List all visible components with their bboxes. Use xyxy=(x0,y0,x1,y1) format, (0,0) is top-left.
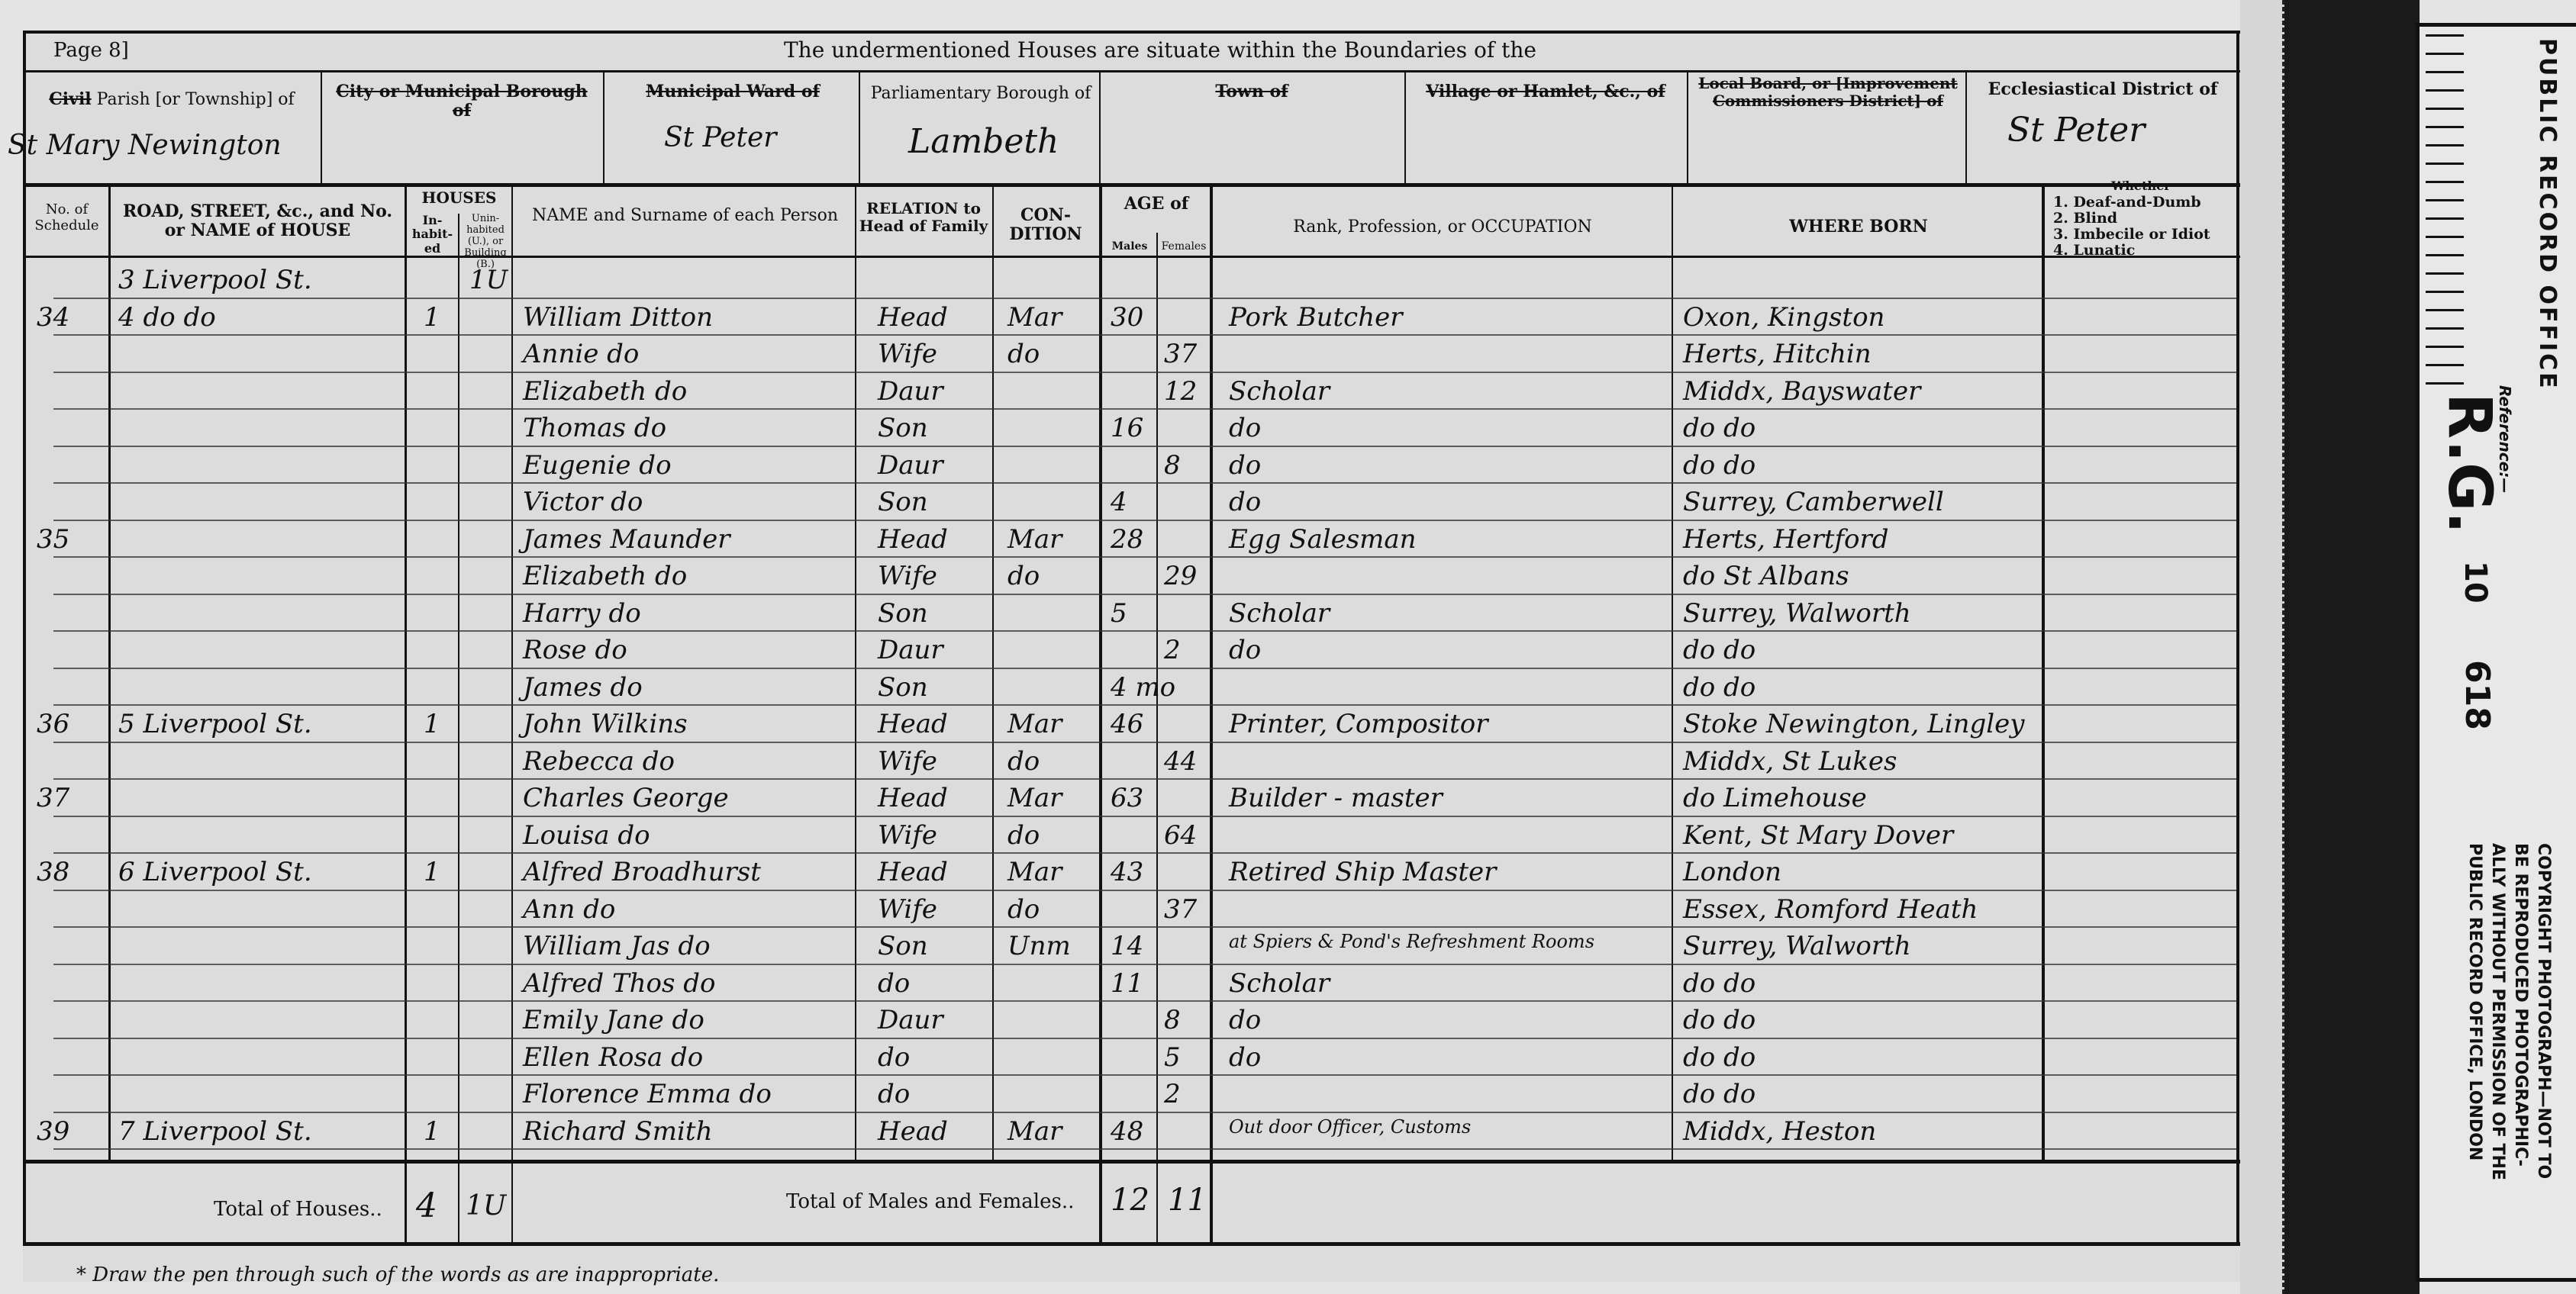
row-road: 6 Liverpool St. xyxy=(118,857,312,887)
row-relation: Wife xyxy=(878,746,937,777)
row-rule xyxy=(53,1000,2236,1002)
col-condition: CON-DITION xyxy=(996,206,1095,245)
stamp-series: R.G. xyxy=(2435,393,2503,534)
row-relation: do xyxy=(878,968,910,999)
row-name: Elizabeth do xyxy=(523,376,687,407)
col-schedule: No. of Schedule xyxy=(27,202,107,233)
row-where-born: do Limehouse xyxy=(1683,783,1867,813)
row-relation: Son xyxy=(878,931,928,961)
row-name: Alfred Broadhurst xyxy=(523,857,761,887)
row-inhabited: 1 xyxy=(424,857,440,887)
row-name: William Ditton xyxy=(523,302,713,333)
row-rule xyxy=(53,408,2236,410)
row-condition: do xyxy=(1008,561,1040,591)
row-name: Annie do xyxy=(523,339,639,369)
row-name: Louisa do xyxy=(523,820,650,851)
row-road: 4 do do xyxy=(118,302,216,333)
row-where-born: Surrey, Camberwell xyxy=(1683,487,1944,517)
row-rule xyxy=(53,890,2236,891)
scan-background xyxy=(2282,0,2420,1294)
row-where-born: Middx, St Lukes xyxy=(1683,746,1897,777)
row-name: Ellen Rosa do xyxy=(523,1042,703,1073)
row-condition: Mar xyxy=(1008,524,1062,555)
row-occupation: Pork Butcher xyxy=(1229,302,1403,333)
row-rule xyxy=(53,704,2236,706)
total-females: 11 xyxy=(1168,1183,1207,1218)
row-schedule: 35 xyxy=(37,524,69,555)
stamp-piece: 10 xyxy=(2458,561,2493,604)
row-inhabited: 1 xyxy=(424,1116,440,1147)
row-name: James do xyxy=(523,672,643,703)
row-age-male: 4 xyxy=(1111,487,1127,517)
header-banner: The undermentioned Houses are situate wi… xyxy=(740,38,1580,63)
row-rule xyxy=(53,778,2236,780)
col-females: Females xyxy=(1158,240,1210,253)
row-where-born: Oxon, Kingston xyxy=(1683,302,1884,333)
row-name: Elizabeth do xyxy=(523,561,687,591)
col-whether-title: Whether xyxy=(2046,179,2236,193)
col-occupation: Rank, Profession, or OCCUPATION xyxy=(1221,217,1664,237)
village-label: Village or Hamlet, &c., of xyxy=(1412,82,1679,101)
row-condition: do xyxy=(1008,746,1040,777)
row-condition: do xyxy=(1008,820,1040,851)
measure-ruler xyxy=(2426,34,2464,393)
row-schedule: 38 xyxy=(37,857,69,887)
row-where-born: Herts, Hertford xyxy=(1683,524,1889,555)
borough-label: City or Municipal Borough of xyxy=(328,82,595,121)
eccl-district-label: Ecclesiastical District of xyxy=(1973,80,2233,99)
row-rule xyxy=(53,1148,2236,1150)
row-age-female: 2 xyxy=(1164,1079,1181,1109)
row-schedule: 39 xyxy=(37,1116,69,1147)
row-relation: Head xyxy=(878,1116,948,1147)
row-age-male: 4 mo xyxy=(1111,672,1175,703)
row-relation: Daur xyxy=(878,450,943,481)
row-occupation: Scholar xyxy=(1229,376,1330,407)
row-occupation: do xyxy=(1229,635,1261,665)
row-schedule: 37 xyxy=(37,783,69,813)
row-condition: do xyxy=(1008,894,1040,925)
stamp-copyright-line: ALLY WITHOUT PERMISSION OF THE xyxy=(2488,843,2507,1180)
row-road: 7 Liverpool St. xyxy=(118,1116,312,1147)
row-where-born: Kent, St Mary Dover xyxy=(1683,820,1953,851)
row-condition: do xyxy=(1008,339,1040,369)
row-name: John Wilkins xyxy=(523,709,688,739)
row-relation: do xyxy=(878,1079,910,1109)
row-name: Richard Smith xyxy=(523,1116,712,1147)
row-rule xyxy=(53,298,2236,299)
page-number: Page 8] xyxy=(53,40,129,63)
row-relation: Daur xyxy=(878,376,943,407)
col-name: NAME and Surname of each Person xyxy=(519,206,851,225)
row-name: Alfred Thos do xyxy=(523,968,716,999)
row-where-born: do do xyxy=(1683,1079,1755,1109)
row-relation: Head xyxy=(878,302,948,333)
row-age-female: 5 xyxy=(1164,1042,1181,1073)
row-relation: Head xyxy=(878,524,948,555)
row-occupation: do xyxy=(1229,487,1261,517)
row-age-male: 16 xyxy=(1111,413,1143,443)
col-road: ROAD, STREET, &c., and No. or NAME of HO… xyxy=(114,202,401,241)
row-occupation: do xyxy=(1229,1042,1261,1073)
row-relation: Daur xyxy=(878,1005,943,1035)
row-relation: Son xyxy=(878,487,928,517)
row-relation: Head xyxy=(878,709,948,739)
row-occupation: Builder - master xyxy=(1229,783,1443,813)
col-where-born: WHERE BORN xyxy=(1679,217,2038,237)
row-where-born: Middx, Bayswater xyxy=(1683,376,1920,407)
row-where-born: do do xyxy=(1683,968,1755,999)
row-where-born: Herts, Hitchin xyxy=(1683,339,1872,369)
row-occupation: Retired Ship Master xyxy=(1229,857,1496,887)
col-whether-list: 1. Deaf-and-Dumb 2. Blind 3. Imbecile or… xyxy=(2053,195,2210,259)
parl-borough-value: Lambeth xyxy=(908,122,1059,161)
row-name: Emily Jane do xyxy=(523,1005,704,1035)
row-road: 5 Liverpool St. xyxy=(118,709,312,739)
row-rule xyxy=(53,964,2236,965)
row-inhabited: 1 xyxy=(424,302,440,333)
row-where-born: London xyxy=(1683,857,1781,887)
row-name: Victor do xyxy=(523,487,643,517)
row-age-female: 12 xyxy=(1164,376,1197,407)
row-age-female: 8 xyxy=(1164,1005,1181,1035)
footnote: * Draw the pen through such of the words… xyxy=(76,1263,719,1286)
row-rule xyxy=(53,852,2236,854)
stamp-office: PUBLIC RECORD OFFICE xyxy=(2534,38,2561,391)
census-page: Page 8] The undermentioned Houses are si… xyxy=(23,31,2240,1282)
row-rule xyxy=(53,1112,2236,1113)
row-relation: Head xyxy=(878,857,948,887)
row-name: Rebecca do xyxy=(523,746,675,777)
row-where-born: do do xyxy=(1683,635,1755,665)
row-occupation: do xyxy=(1229,450,1261,481)
row-name: James Maunder xyxy=(523,524,730,555)
row-age-female: 29 xyxy=(1164,561,1197,591)
row-rule xyxy=(53,334,2236,336)
row-relation: Head xyxy=(878,783,948,813)
row-rule xyxy=(53,520,2236,521)
row-where-born: do do xyxy=(1683,450,1755,481)
row-where-born: do do xyxy=(1683,672,1755,703)
total-houses-label: Total of Houses.. xyxy=(214,1198,382,1221)
row-occupation: do xyxy=(1229,1005,1261,1035)
total-persons-label: Total of Males and Females.. xyxy=(786,1190,1074,1213)
row-relation: do xyxy=(878,1042,910,1073)
row-relation: Wife xyxy=(878,894,937,925)
row-occupation: do xyxy=(1229,413,1261,443)
row-name: Florence Emma do xyxy=(523,1079,772,1109)
pro-reference-stamp: PUBLIC RECORD OFFICE Reference:— R.G. 10… xyxy=(2416,23,2576,1282)
col-relation: RELATION to Head of Family xyxy=(859,200,988,235)
row-age-female: 37 xyxy=(1164,339,1197,369)
row-age-male: 11 xyxy=(1111,968,1143,999)
row-rule xyxy=(53,446,2236,447)
row-where-born: Essex, Romford Heath xyxy=(1683,894,1978,925)
row-schedule: 36 xyxy=(37,709,69,739)
row-where-born: do do xyxy=(1683,413,1755,443)
row-age-female: 2 xyxy=(1164,635,1181,665)
row-condition: Mar xyxy=(1008,709,1062,739)
row-relation: Daur xyxy=(878,635,943,665)
row-rule xyxy=(53,372,2236,373)
row-occupation: Scholar xyxy=(1229,598,1330,629)
row-age-male: 63 xyxy=(1111,783,1143,813)
row-condition: Mar xyxy=(1008,1116,1062,1147)
row-age-female: 64 xyxy=(1164,820,1197,851)
row-rule xyxy=(53,668,2236,669)
page-edge xyxy=(2240,0,2284,1294)
stamp-folio: 618 xyxy=(2458,660,2497,730)
stamp-copyright-line: BE REPRODUCED PHOTOGRAPHIC- xyxy=(2511,843,2530,1167)
ward-label: Municipal Ward of xyxy=(611,82,855,101)
row-where-born: Stoke Newington, Lingley xyxy=(1683,709,2024,739)
row-occupation: Scholar xyxy=(1229,968,1330,999)
row-relation: Wife xyxy=(878,820,937,851)
row-condition: Mar xyxy=(1008,857,1062,887)
row-occupation: at Spiers & Pond's Refreshment Rooms xyxy=(1229,931,1594,952)
row-rule xyxy=(53,556,2236,558)
row-occupation: Egg Salesman xyxy=(1229,524,1417,555)
row-condition: Mar xyxy=(1008,302,1062,333)
row-age-male: 14 xyxy=(1111,931,1143,961)
row-inhabited: 1 xyxy=(424,709,440,739)
town-label: Town of xyxy=(1107,82,1397,101)
row-rule xyxy=(53,816,2236,817)
row-where-born: Surrey, Walworth xyxy=(1683,931,1911,961)
row-where-born: do do xyxy=(1683,1042,1755,1073)
total-houses-inhabited: 4 xyxy=(416,1186,437,1225)
row-occupation: Printer, Compositor xyxy=(1229,709,1488,739)
row-relation: Wife xyxy=(878,561,937,591)
row-rule xyxy=(53,482,2236,484)
row-rule xyxy=(53,594,2236,595)
row-schedule: 34 xyxy=(37,302,69,333)
col-uninhabited: Unin-habited (U.), or Building (B.) xyxy=(459,214,511,271)
row-age-male: 46 xyxy=(1111,709,1143,739)
row-rule xyxy=(53,1074,2236,1076)
row-where-born: Middx, Heston xyxy=(1683,1116,1876,1147)
row-relation: Son xyxy=(878,672,928,703)
row-relation: Wife xyxy=(878,339,937,369)
stamp-copyright-line: PUBLIC RECORD OFFICE, LONDON xyxy=(2465,843,2484,1160)
row-age-female: 44 xyxy=(1164,746,1197,777)
total-males: 12 xyxy=(1111,1183,1149,1218)
row-rule xyxy=(53,1038,2236,1039)
row-age-female: 37 xyxy=(1164,894,1197,925)
parl-borough-label: Parliamentary Borough of xyxy=(866,84,1095,103)
col-houses: HOUSES xyxy=(407,189,511,207)
col-males: Males xyxy=(1103,240,1156,253)
row-name: Thomas do xyxy=(523,413,666,443)
row-relation: Son xyxy=(878,598,928,629)
row-name: Harry do xyxy=(523,598,641,629)
eccl-district-value: St Peter xyxy=(2007,111,2145,150)
row-age-female: 8 xyxy=(1164,450,1181,481)
stamp-copyright-line: COPYRIGHT PHOTOGRAPH—NOT TO xyxy=(2534,843,2553,1179)
total-houses-uninhabited: 1U xyxy=(466,1190,506,1222)
row-rule xyxy=(53,742,2236,743)
row-where-born: Surrey, Walworth xyxy=(1683,598,1911,629)
row-condition: Unm xyxy=(1008,931,1071,961)
row-name: Eugenie do xyxy=(523,450,672,481)
row-where-born: do St Albans xyxy=(1683,561,1849,591)
row-condition: Mar xyxy=(1008,783,1062,813)
row-uninhabited: 1U xyxy=(469,265,508,295)
row-rule xyxy=(53,926,2236,928)
row-road: 3 Liverpool St. xyxy=(118,265,312,295)
row-rule xyxy=(53,630,2236,632)
col-inhabited: In-habit-ed xyxy=(407,214,458,256)
row-age-male: 28 xyxy=(1111,524,1143,555)
row-name: Rose do xyxy=(523,635,627,665)
parish-value: St Mary Newington xyxy=(8,130,282,161)
local-board-label: Local Board, or [Improvement Commissione… xyxy=(1694,75,1962,110)
row-age-male: 43 xyxy=(1111,857,1143,887)
row-occupation: Out door Officer, Customs xyxy=(1229,1116,1471,1138)
row-name: Ann do xyxy=(523,894,615,925)
row-name: William Jas do xyxy=(523,931,711,961)
parish-label: Civil Parish [or Township] of xyxy=(31,90,313,109)
row-name: Charles George xyxy=(523,783,729,813)
row-age-male: 30 xyxy=(1111,302,1143,333)
row-age-male: 48 xyxy=(1111,1116,1143,1147)
row-relation: Son xyxy=(878,413,928,443)
col-age: AGE of xyxy=(1103,195,1210,214)
ward-value: St Peter xyxy=(664,122,776,153)
row-where-born: do do xyxy=(1683,1005,1755,1035)
row-age-male: 5 xyxy=(1111,598,1127,629)
